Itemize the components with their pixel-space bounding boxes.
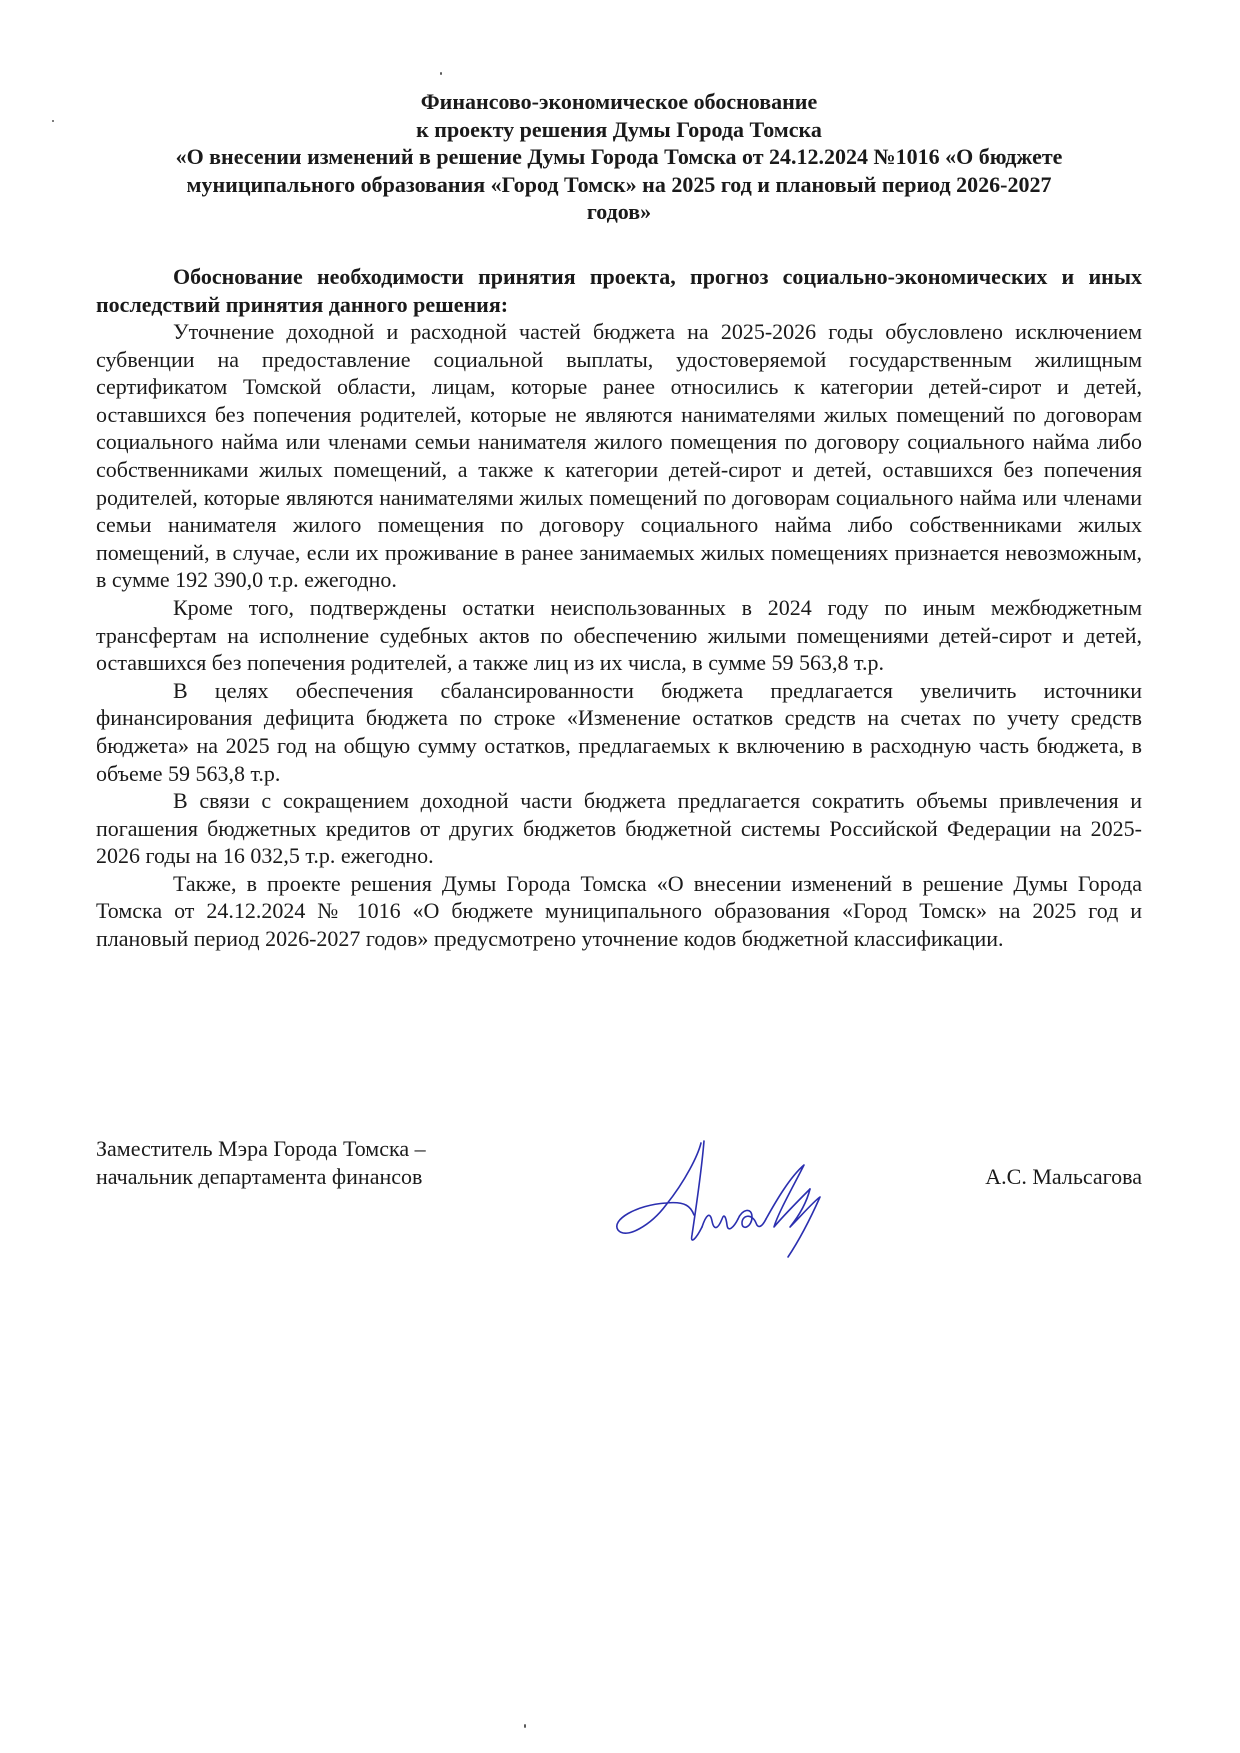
section-heading: Обоснование необходимости принятия проек… [96, 263, 1142, 318]
signer-position-line-1: Заместитель Мэра Города Томска – [96, 1135, 426, 1163]
signer-position: Заместитель Мэра Города Томска – начальн… [96, 1135, 426, 1191]
title-line-4: муниципального образования «Город Томск»… [96, 171, 1142, 199]
paragraph-balance-sources: В целях обеспечения сбалансированности б… [96, 677, 1142, 787]
scan-speck [524, 1724, 526, 1728]
title-line-3: «О внесении изменений в решение Думы Гор… [96, 143, 1142, 171]
paragraph-classification-codes: Также, в проекте решения Думы Города Том… [96, 870, 1142, 953]
document-title: Финансово-экономическое обоснование к пр… [96, 88, 1142, 226]
title-line-5: годов» [96, 198, 1142, 226]
signer-position-line-2: начальник департамента финансов [96, 1163, 426, 1191]
scan-speck [52, 120, 54, 122]
scan-speck [440, 72, 442, 75]
paragraph-budget-refinement: Уточнение доходной и расходной частей бю… [96, 318, 1142, 594]
paragraph-budget-credits: В связи с сокращением доходной части бюд… [96, 787, 1142, 870]
paragraph-unused-balances: Кроме того, подтверждены остатки неиспол… [96, 594, 1142, 677]
document-body: Уточнение доходной и расходной частей бю… [96, 318, 1142, 953]
title-line-2: к проекту решения Думы Города Томска [96, 116, 1142, 144]
handwritten-signature-icon [606, 1135, 856, 1265]
signer-name: А.С. Мальсагова [985, 1163, 1142, 1191]
signature-block: Заместитель Мэра Города Томска – начальн… [96, 1135, 1142, 1275]
title-line-1: Финансово-экономическое обоснование [96, 88, 1142, 116]
